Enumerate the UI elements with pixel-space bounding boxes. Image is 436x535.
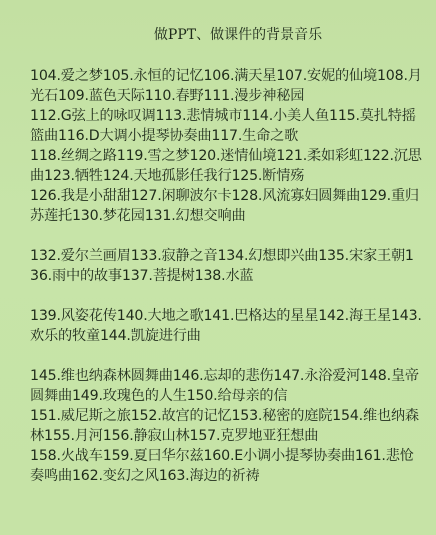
- page-title: 做PPT、做课件的背景音乐: [0, 24, 436, 44]
- list-paragraph: 151.威尼斯之旅152.故宫的记忆153.秘密的庭院154.维也纳森林155.…: [30, 406, 422, 446]
- list-paragraph: 118.丝绸之路119.雪之梦120.迷情仙境121.柔如彩虹122.沉思曲12…: [30, 146, 422, 186]
- document-page: 做PPT、做课件的背景音乐 104.爱之梦105.永恒的记忆106.满天星107…: [0, 0, 436, 535]
- list-paragraph: 158.火战车159.夏曰华尔兹160.E小调小提琴协奏曲161.悲怆奏鸣曲16…: [30, 446, 422, 486]
- list-paragraph: 145.维也纳森林圆舞曲146.忘却的悲伤147.永浴爱河148.皇帝圆舞曲14…: [30, 366, 422, 406]
- list-paragraph: 104.爱之梦105.永恒的记忆106.满天星107.安妮的仙境108.月光石1…: [30, 66, 422, 106]
- list-paragraph: 126.我是小甜甜127.闲聊波尔卡128.风流寡妇圆舞曲129.重归苏莲托13…: [30, 186, 422, 226]
- list-paragraph: 139.风姿花传140.大地之歌141.巴格达的星星142.海王星143.欢乐的…: [30, 306, 422, 346]
- list-paragraph: 132.爱尔兰画眉133.寂静之音134.幻想即兴曲135.宋家王朝136.雨中…: [30, 246, 422, 286]
- list-paragraph: 112.G弦上的咏叹调113.悲情城市114.小美人鱼115.莫扎特摇篮曲116…: [30, 106, 422, 146]
- music-list: 104.爱之梦105.永恒的记忆106.满天星107.安妮的仙境108.月光石1…: [30, 66, 422, 486]
